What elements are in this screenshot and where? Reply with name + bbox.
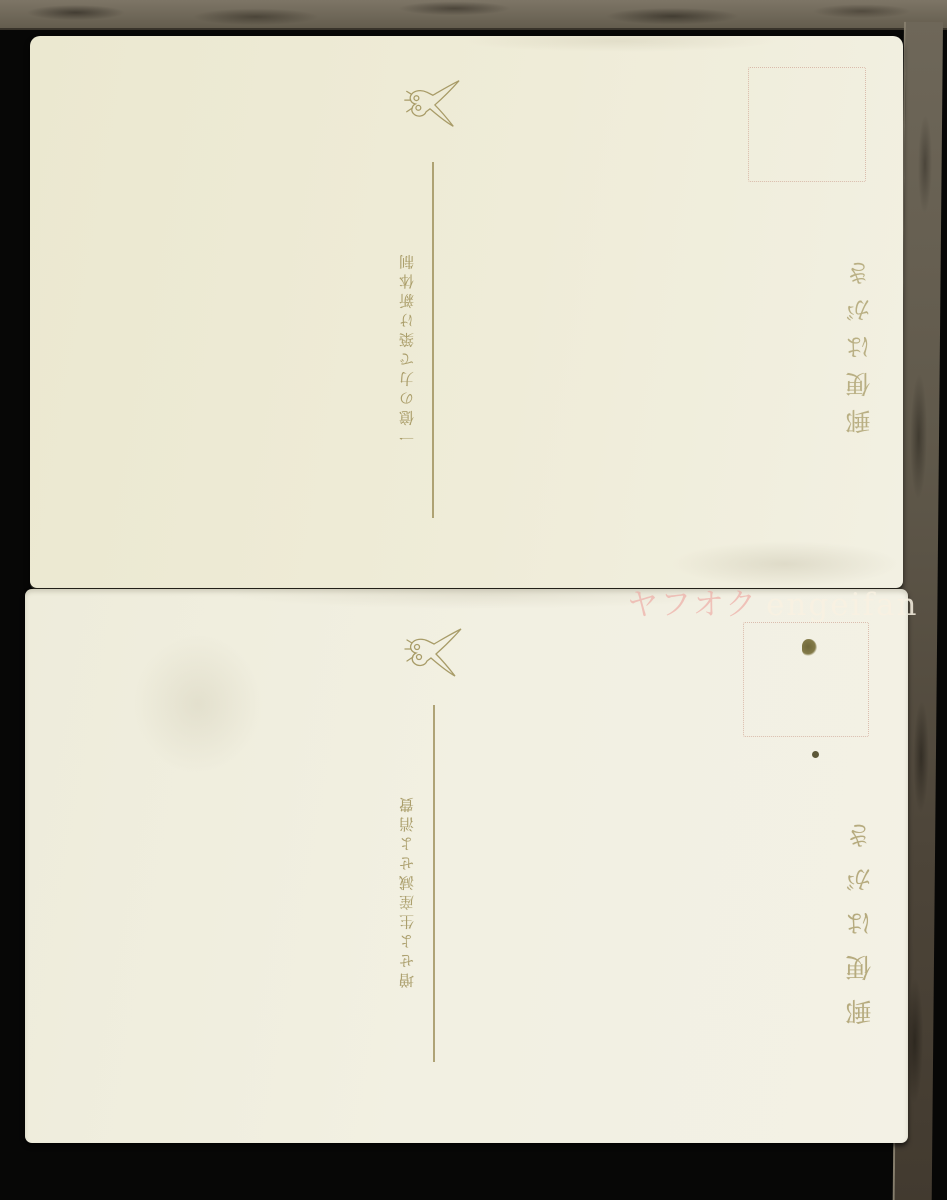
- divider-line: [433, 705, 435, 1062]
- bird-emblem-icon: [398, 627, 464, 677]
- slogan-text: 増せよ生産減せよ消費: [396, 786, 417, 988]
- postcard-bottom: 増せよ生産減せよ消費 郵便はがき: [25, 589, 908, 1143]
- slogan-text: 一億の力で築け新体制: [396, 245, 417, 445]
- ink-speck: [812, 751, 819, 758]
- watermark-seller-label: engeifan: [766, 587, 918, 623]
- bird-emblem-icon: [398, 78, 462, 128]
- auction-photo: 一億の力で築け新体制 郵便はがき 増せよ生産減せよ消費 郵便はがき ヤフオクen…: [0, 0, 947, 1200]
- stamp-box: [748, 67, 866, 182]
- watermark: ヤフオクengeifan: [627, 579, 918, 624]
- ink-mark: [802, 639, 817, 656]
- divider-line: [432, 162, 434, 518]
- frame-top-edge: [0, 0, 947, 30]
- postcard-header-text: 郵便はがき: [842, 793, 879, 1025]
- postcard-header-text: 郵便はがき: [842, 242, 878, 434]
- paper-stain: [133, 634, 263, 774]
- postcard-top: 一億の力で築け新体制 郵便はがき: [30, 36, 903, 588]
- watermark-site-label: ヤフオク: [627, 587, 758, 623]
- paper-stain: [460, 36, 780, 52]
